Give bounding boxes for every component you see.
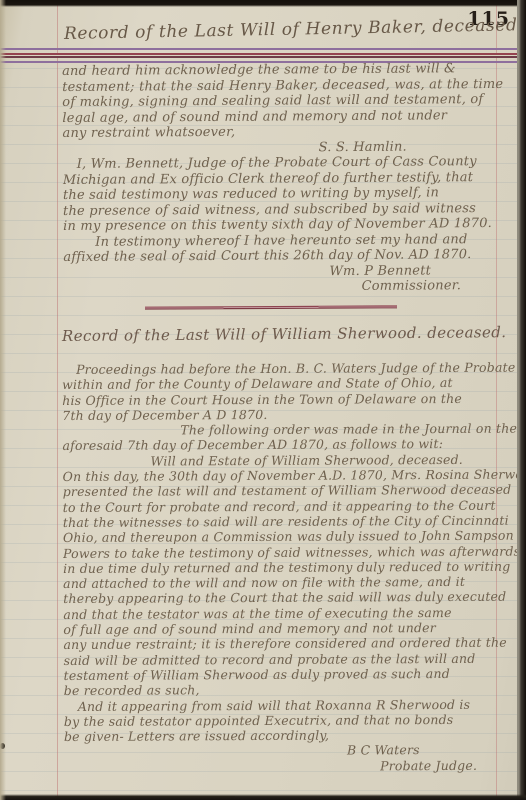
signature-title: Probate Judge.	[64, 757, 524, 775]
text-line: The following order was made in the Jour…	[62, 421, 522, 439]
text-line: of making, signing and sealing said last…	[62, 92, 520, 111]
photo-edge-top	[0, 0, 526, 7]
section1-body: and heard him acknowledge the same to be…	[62, 61, 522, 297]
text-line: Ohio, and thereupon a Commission was dul…	[63, 528, 523, 546]
text-line: Michigan and Ex officio Clerk thereof do…	[63, 169, 521, 188]
text-line: said will be admitted to record and prob…	[64, 650, 524, 668]
left-margin-line	[57, 0, 58, 800]
section2-title: Record of the Last Will of William Sherw…	[62, 323, 507, 345]
signature-title: Commissioner.	[64, 278, 522, 297]
text-line: affixed the seal of said Court this 26th…	[63, 247, 521, 266]
section1-title: Record of the Last Will of Henry Baker, …	[64, 15, 524, 44]
photo-edge-bottom	[0, 794, 526, 800]
text-line: thereby appearing to the Court that the …	[63, 589, 523, 607]
photo-edge-left	[0, 0, 6, 800]
text-line: his Office in the Court House in the Tow…	[62, 390, 522, 408]
photo-edge-right	[517, 0, 526, 800]
record-book-page: 115 Record of the Last Will of Henry Bak…	[0, 0, 526, 800]
section2-body: Proceedings had before the Hon. B. C. Wa…	[62, 360, 524, 775]
text-line: And it appearing from said will that Rox…	[64, 696, 524, 714]
